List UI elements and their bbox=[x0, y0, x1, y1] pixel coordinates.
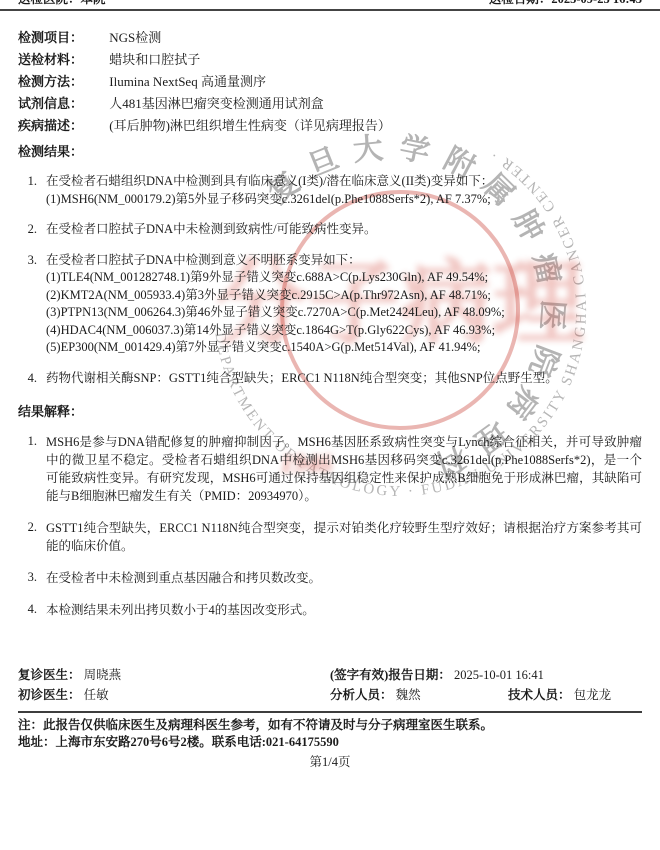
result-line: 药物代谢相关酶SNP：GSTT1纯合型缺失；ERCC1 N118N纯合型突变；其… bbox=[46, 370, 642, 388]
result-item-3-number: 3. bbox=[10, 252, 46, 357]
info-row-reagent: 试剂信息： 人481基因淋巴瘤突变检测通用试剂盒 bbox=[18, 93, 642, 115]
review-doctor-name: 周晓燕 bbox=[84, 668, 122, 682]
result-line: 在受检者口腔拭子DNA中未检测到致病性/可能致病性变异。 bbox=[46, 221, 642, 239]
method-value: Ilumina NextSeq 高通量测序 bbox=[109, 74, 266, 89]
interpretation-item-1: 1. MSH6是参与DNA错配修复的肿瘤抑制因子。MSH6基因胚系致病性突变与L… bbox=[10, 433, 642, 505]
report-date: (签字有效)报告日期： 2025-10-01 16:41 bbox=[330, 665, 544, 685]
interpretation-item-1-number: 1. bbox=[10, 433, 46, 505]
initial-doctor-label: 初诊医生： bbox=[18, 688, 81, 702]
analyst-label: 分析人员： bbox=[330, 688, 393, 702]
info-row-test-item: 检测项目： NGS检测 bbox=[18, 27, 642, 49]
results-list: 1. 在受检者石蜡组织DNA中检测到具有临床意义(I类)/潜在临床意义(II类)… bbox=[10, 173, 642, 387]
result-line: (5)EP300(NM_001429.4)第7外显子错义突变c.1540A>G(… bbox=[46, 339, 642, 357]
interpretation-item-1-text: MSH6是参与DNA错配修复的肿瘤抑制因子。MSH6基因胚系致病性突变与Lync… bbox=[46, 433, 642, 505]
material-label: 送检材料： bbox=[18, 49, 106, 71]
header-clipped-row: 送检医院：本院 送检日期：2025-09-25 16:43 bbox=[0, 0, 660, 11]
result-item-2: 2. 在受检者口腔拭子DNA中未检测到致病性/可能致病性变异。 bbox=[10, 221, 642, 239]
interpretation-item-2-text: GSTT1纯合型缺失，ERCC1 N118N纯合型突变，提示对铂类化疗较野生型疗… bbox=[46, 519, 642, 555]
result-line: 在受检者石蜡组织DNA中检测到具有临床意义(I类)/潜在临床意义(II类)变异如… bbox=[46, 173, 642, 191]
interpretation-item-3: 3. 在受检者中未检测到重点基因融合和拷贝数改变。 bbox=[10, 569, 642, 587]
test-item-label: 检测项目： bbox=[18, 27, 106, 49]
method-label: 检测方法： bbox=[18, 71, 106, 93]
report-date-value: 2025-10-01 16:41 bbox=[454, 668, 544, 682]
result-item-2-body: 在受检者口腔拭子DNA中未检测到致病性/可能致病性变异。 bbox=[46, 221, 642, 239]
result-item-1: 1. 在受检者石蜡组织DNA中检测到具有临床意义(I类)/潜在临床意义(II类)… bbox=[10, 173, 642, 208]
technician: 技术人员： 包龙龙 bbox=[508, 685, 611, 705]
sending-date: 送检日期：2025-09-25 16:43 bbox=[489, 0, 642, 7]
disease-value: (耳后肿物)淋巴组织增生性病变（详见病理报告） bbox=[109, 118, 391, 133]
result-item-4-number: 4. bbox=[10, 370, 46, 388]
result-item-3: 3. 在受检者口腔拭子DNA中检测到意义不明胚系变异如下： (1)TLE4(NM… bbox=[10, 252, 642, 357]
info-row-disease: 疾病描述： (耳后肿物)淋巴组织增生性病变（详见病理报告） bbox=[18, 115, 642, 137]
interpretation-list: 1. MSH6是参与DNA错配修复的肿瘤抑制因子。MSH6基因胚系致病性突变与L… bbox=[10, 433, 642, 619]
interpretation-item-3-text: 在受检者中未检测到重点基因融合和拷贝数改变。 bbox=[46, 569, 642, 587]
footer-divider bbox=[18, 711, 642, 713]
result-item-2-number: 2. bbox=[10, 221, 46, 239]
material-value: 蜡块和口腔拭子 bbox=[109, 52, 200, 67]
analyst-name: 魏然 bbox=[396, 688, 421, 702]
page-number: 第1/4页 bbox=[0, 752, 660, 770]
interpretation-item-4-number: 4. bbox=[10, 601, 46, 619]
result-item-4-body: 药物代谢相关酶SNP：GSTT1纯合型缺失；ERCC1 N118N纯合型突变；其… bbox=[46, 370, 642, 388]
interpretation-item-4-text: 本检测结果未列出拷贝数小于4的基因改变形式。 bbox=[46, 601, 642, 619]
initial-doctor-name: 任敏 bbox=[84, 688, 109, 702]
report-page: 复旦大学附属肿瘤医院病理科 DEPARTMENT OF PATHOLOGY · … bbox=[0, 0, 660, 850]
interpretation-item-4: 4. 本检测结果未列出拷贝数小于4的基因改变形式。 bbox=[10, 601, 642, 619]
interpretation-heading: 结果解释： bbox=[18, 401, 642, 423]
test-item-value: NGS检测 bbox=[109, 30, 161, 45]
result-line: (2)KMT2A(NM_005933.4)第3外显子错义突变c.2915C>A(… bbox=[46, 287, 642, 305]
disease-label: 疾病描述： bbox=[18, 115, 106, 137]
sending-hospital: 送检医院：本院 bbox=[18, 0, 106, 7]
technician-label: 技术人员： bbox=[508, 688, 571, 702]
signature-block: 复诊医生： 周晓燕 (签字有效)报告日期： 2025-10-01 16:41 初… bbox=[18, 665, 642, 713]
disclaimer-note: 注：此报告仅供临床医生及病理科医生参考，如有不符请及时与分子病理室医生联系。 bbox=[18, 717, 642, 734]
results-heading: 检测结果： bbox=[18, 141, 642, 163]
reagent-label: 试剂信息： bbox=[18, 93, 106, 115]
footer-notes: 注：此报告仅供临床医生及病理科医生参考，如有不符请及时与分子病理室医生联系。 地… bbox=[18, 717, 642, 750]
signature-row-1: 复诊医生： 周晓燕 (签字有效)报告日期： 2025-10-01 16:41 bbox=[18, 665, 642, 685]
analyst: 分析人员： 魏然 bbox=[330, 685, 508, 705]
signature-row-2: 初诊医生： 任敏 分析人员： 魏然 技术人员： 包龙龙 bbox=[18, 685, 642, 705]
result-item-4: 4. 药物代谢相关酶SNP：GSTT1纯合型缺失；ERCC1 N118N纯合型突… bbox=[10, 370, 642, 388]
result-line: (1)TLE4(NM_001282748.1)第9外显子错义突变c.688A>C… bbox=[46, 269, 642, 287]
info-row-method: 检测方法： Ilumina NextSeq 高通量测序 bbox=[18, 71, 642, 93]
report-date-label: (签字有效)报告日期： bbox=[330, 668, 451, 682]
result-item-1-body: 在受检者石蜡组织DNA中检测到具有临床意义(I类)/潜在临床意义(II类)变异如… bbox=[46, 173, 642, 208]
address-line: 地址：上海市东安路270号6号2楼。联系电话:021-64175590 bbox=[18, 734, 642, 751]
interpretation-item-2: 2. GSTT1纯合型缺失，ERCC1 N118N纯合型突变，提示对铂类化疗较野… bbox=[10, 519, 642, 555]
info-row-material: 送检材料： 蜡块和口腔拭子 bbox=[18, 49, 642, 71]
technician-name: 包龙龙 bbox=[574, 688, 612, 702]
initial-doctor: 初诊医生： 任敏 bbox=[18, 685, 330, 705]
review-doctor: 复诊医生： 周晓燕 bbox=[18, 665, 330, 685]
result-line: (3)PTPN13(NM_006264.3)第46外显子错义突变c.7270A>… bbox=[46, 304, 642, 322]
specimen-info-block: 检测项目： NGS检测 送检材料： 蜡块和口腔拭子 检测方法： Ilumina … bbox=[18, 27, 642, 137]
result-line: 在受检者口腔拭子DNA中检测到意义不明胚系变异如下： bbox=[46, 252, 642, 270]
result-item-1-number: 1. bbox=[10, 173, 46, 208]
result-item-3-body: 在受检者口腔拭子DNA中检测到意义不明胚系变异如下： (1)TLE4(NM_00… bbox=[46, 252, 642, 357]
interpretation-item-3-number: 3. bbox=[10, 569, 46, 587]
reagent-value: 人481基因淋巴瘤突变检测通用试剂盒 bbox=[109, 96, 324, 111]
review-doctor-label: 复诊医生： bbox=[18, 668, 81, 682]
result-line: (1)MSH6(NM_000179.2)第5外显子移码突变c.3261del(p… bbox=[46, 191, 642, 209]
result-line: (4)HDAC4(NM_006037.3)第14外显子错义突变c.1864G>T… bbox=[46, 322, 642, 340]
interpretation-item-2-number: 2. bbox=[10, 519, 46, 555]
